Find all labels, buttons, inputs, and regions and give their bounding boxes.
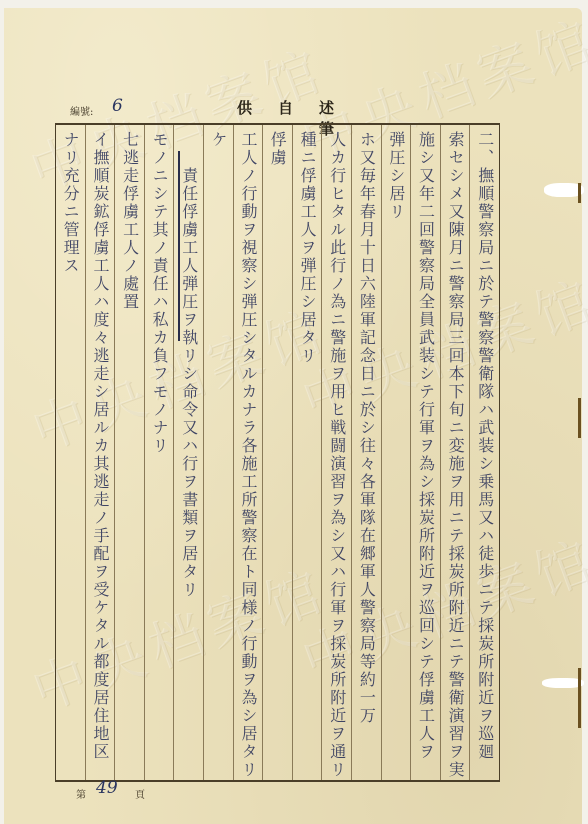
manuscript-column: 種ニ俘虜工人ヲ弾圧シ居タリ (292, 125, 322, 780)
column-text: ト以上ニホヘタ執リシ俘虜工人ノミナラス一般工人ニ対シテモ同様弾圧ヲ加ヘタケ (204, 125, 233, 780)
manuscript-column: ト以上ニホヘタ執リシ俘虜工人ノミナラス一般工人ニ対シテモ同様弾圧ヲ加ヘタケ (203, 125, 233, 780)
manuscript-column: 工人ノ行動ヲ視察シ弾圧シタルカナラ各施工所警察在ト同様ノ行動ヲ為シ居タリ (233, 125, 263, 780)
column-text: 責任俘虜工人弾圧ヲ執リシ命令又ハ行ヲ書類ヲ居タリ (175, 125, 203, 780)
manuscript-column: 責任者タル労務課長ニ対シテハ俘虜工人ノ逃走ノ無キ様監視ヲ厳ニシ管理ヲ充分ニスル様… (56, 125, 85, 780)
manuscript-column: イ撫順炭鉱俘虜工人ハ度々逃走シ居ルカ其逃走ノ手配ヲ受ケタル都度居住地区 (85, 125, 115, 780)
manuscript-column: モノニシテ其ノ責任ハ私カ負フモノナリ (144, 125, 174, 780)
manuscript-column: 索セシメ又陳月ニ警察局三回本下旬ニ変施ヲ用ニテ採炭所附近ニテ警衛演習ヲ実 (440, 125, 470, 780)
manuscript-column: 施シ又年二回警察局全員武装シテ行軍ヲ為シ採炭所附近ヲ巡回シテ俘虜工人ヲ (410, 125, 440, 780)
column-text: ヘ其ノ他憲兵警察在採炭所ニ常ニ採炭所及其ノ事務所ニ出入シ又ハ作業場ニ到リ俘虜 (263, 125, 292, 780)
column-text: 施シ又年二回警察局全員武装シテ行軍ヲ為シ採炭所附近ヲ巡回シテ俘虜工人ヲ (412, 125, 440, 780)
manuscript-column: 人カ行ヒタル此行ノ為ニ警施ヲ用ヒ戦闘演習ヲ為シ又ハ行軍ヲ採炭所附近ヲ通リ (321, 125, 351, 780)
binding-mark (578, 668, 581, 728)
manuscript-column: ヘ其ノ他憲兵警察在採炭所ニ常ニ採炭所及其ノ事務所ニ出入シ又ハ作業場ニ到リ俘虜 (262, 125, 292, 780)
column-text: 弾圧シ居リ (382, 125, 410, 780)
page-label-prefix: 第 (76, 786, 86, 801)
manuscript-column: 七逃走俘虜工人ノ處置 (114, 125, 144, 780)
column-text: 二、撫順警察局ニ於テ警察警衛隊ハ武装シ乗馬又ハ徒歩ニテ採炭所附近ヲ巡廻 (471, 125, 499, 780)
page-label-suffix: 頁 (135, 786, 145, 801)
column-text: 索セシメ又陳月ニ警察局三回本下旬ニ変施ヲ用ニテ採炭所附近ニテ警衛演習ヲ実 (441, 125, 469, 780)
page-number: 49 (96, 778, 118, 798)
column-text: ホ又毎年春月十日六陸軍記念日ニ於シ往々各軍隊在郷軍人警察局等約一万 (352, 125, 380, 780)
manuscript-column: ホ又毎年春月十日六陸軍記念日ニ於シ往々各軍隊在郷軍人警察局等約一万 (351, 125, 381, 780)
column-text: モノニシテ其ノ責任ハ私カ負フモノナリ (145, 125, 173, 780)
manuscript-column: 二、撫順警察局ニ於テ警察警衛隊ハ武装シ乗馬又ハ徒歩ニテ採炭所附近ヲ巡廻 (469, 125, 499, 780)
column-text: イ撫順炭鉱俘虜工人ハ度々逃走シ居ルカ其逃走ノ手配ヲ受ケタル都度居住地区 (86, 125, 114, 780)
binding-mark (578, 183, 581, 203)
document-number-label: 編號: (70, 103, 93, 118)
document-number-value: 6 (112, 96, 123, 116)
manuscript-column: 弾圧シ居リ (381, 125, 411, 780)
manuscript-grid: 二、撫順警察局ニ於テ警察警衛隊ハ武装シ乗馬又ハ徒歩ニテ採炭所附近ヲ巡廻 索セシメ… (55, 123, 500, 782)
column-text: 種ニ俘虜工人ヲ弾圧シ居タリ (293, 125, 321, 780)
column-text: 工人ノ行動ヲ視察シ弾圧シタルカナラ各施工所警察在ト同様ノ行動ヲ為シ居タリ (234, 125, 262, 780)
binding-mark (578, 398, 581, 438)
column-text: 七逃走俘虜工人ノ處置 (116, 125, 144, 780)
column-text: 人カ行ヒタル此行ノ為ニ警施ヲ用ヒ戦闘演習ヲ為シ又ハ行軍ヲ採炭所附近ヲ通リ (323, 125, 351, 780)
column-text: 責任者タル労務課長ニ対シテハ俘虜工人ノ逃走ノ無キ様監視ヲ厳ニシ管理ヲ充分ニスル様… (56, 125, 85, 780)
manuscript-column: 責任俘虜工人弾圧ヲ執リシ命令又ハ行ヲ書類ヲ居タリ (173, 125, 203, 780)
